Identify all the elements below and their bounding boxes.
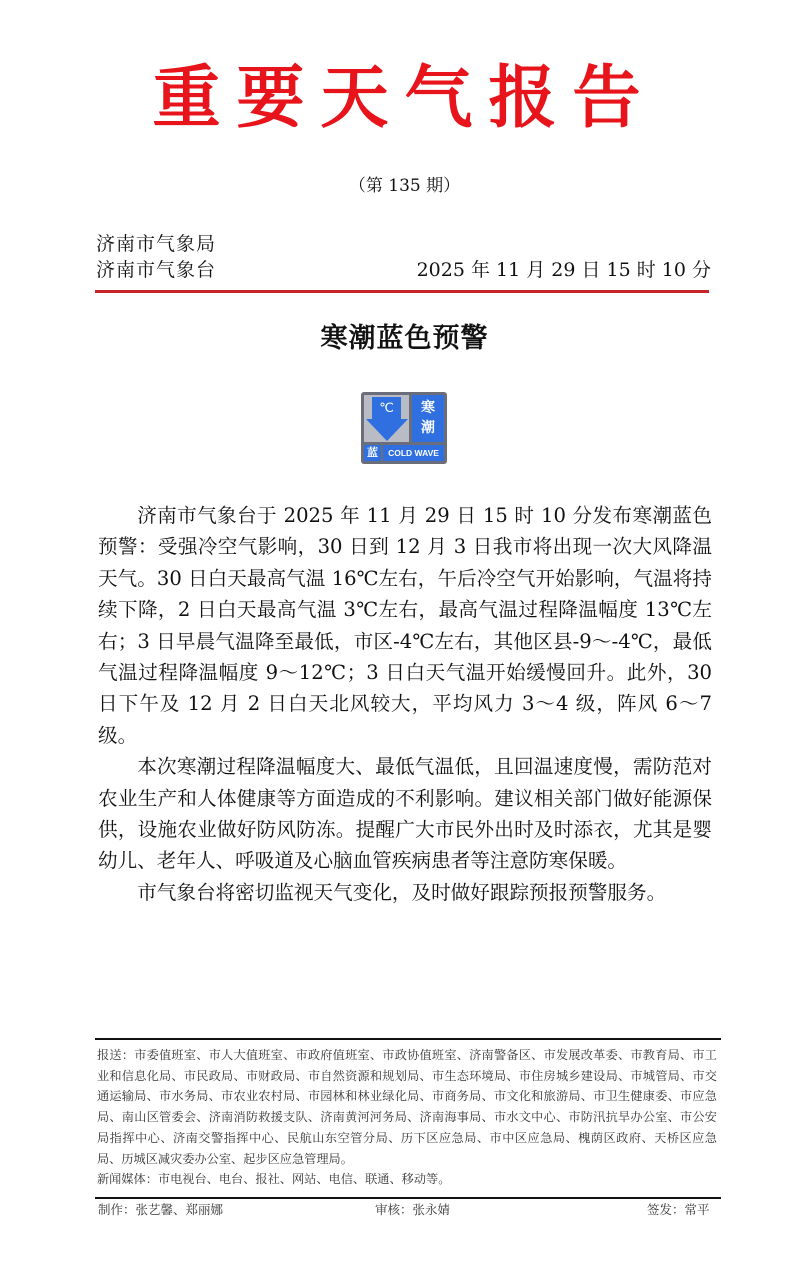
report-body: 济南市气象台于 2025 年 11 月 29 日 15 时 10 分发布寒潮蓝色…	[98, 500, 712, 908]
celsius-icon: ℃	[372, 397, 401, 419]
cold-wave-blue-warning-icon: ℃ 寒 潮 蓝 COLD WAVE	[361, 392, 447, 464]
body-paragraph-forecast: 济南市气象台于 2025 年 11 月 29 日 15 时 10 分发布寒潮蓝色…	[98, 500, 712, 751]
distribution-bottom-divider	[95, 1197, 721, 1199]
badge-level-char: 蓝	[364, 445, 381, 461]
producer-signature: 制作：张艺馨、郑丽娜	[98, 1201, 223, 1219]
body-paragraph-advice: 本次寒潮过程降温幅度大、最低气温低，且回温速度慢，需防范对农业生产和人体健康等方…	[98, 751, 712, 877]
distribution-top-divider	[95, 1038, 721, 1040]
issuer-bureau: 济南市气象局	[96, 231, 216, 257]
distribution-list: 报送：市委值班室、市人大值班室、市政府值班室、市政协值班室、济南警备区、市发展改…	[97, 1045, 717, 1190]
down-arrow-icon	[366, 419, 408, 441]
issue-datetime: 2025 年 11 月 29 日 15 时 10 分	[417, 257, 711, 283]
badge-char-1: 寒	[412, 398, 444, 418]
issuer-signature: 签发：常平	[647, 1201, 710, 1219]
alert-title: 寒潮蓝色预警	[0, 320, 809, 358]
badge-char-2: 潮	[412, 418, 444, 438]
reviewer-signature: 审核：张永婧	[375, 1201, 450, 1219]
distribution-recipients: 报送：市委值班室、市人大值班室、市政府值班室、市政协值班室、济南警备区、市发展改…	[97, 1045, 717, 1169]
report-masthead: 重要天气报告	[0, 58, 809, 138]
issuer-observatory: 济南市气象台	[96, 257, 216, 283]
header-divider	[95, 290, 709, 293]
issue-number: （第 135 期）	[0, 174, 809, 198]
badge-cold-wave-chars: 寒 潮	[412, 395, 444, 442]
distribution-media: 新闻媒体：市电视台、电台、报社、网站、电信、联通、移动等。	[97, 1169, 717, 1190]
body-paragraph-followup: 市气象台将密切监视天气变化，及时做好跟踪预报预警服务。	[98, 877, 712, 908]
badge-english-label: COLD WAVE	[383, 445, 444, 461]
